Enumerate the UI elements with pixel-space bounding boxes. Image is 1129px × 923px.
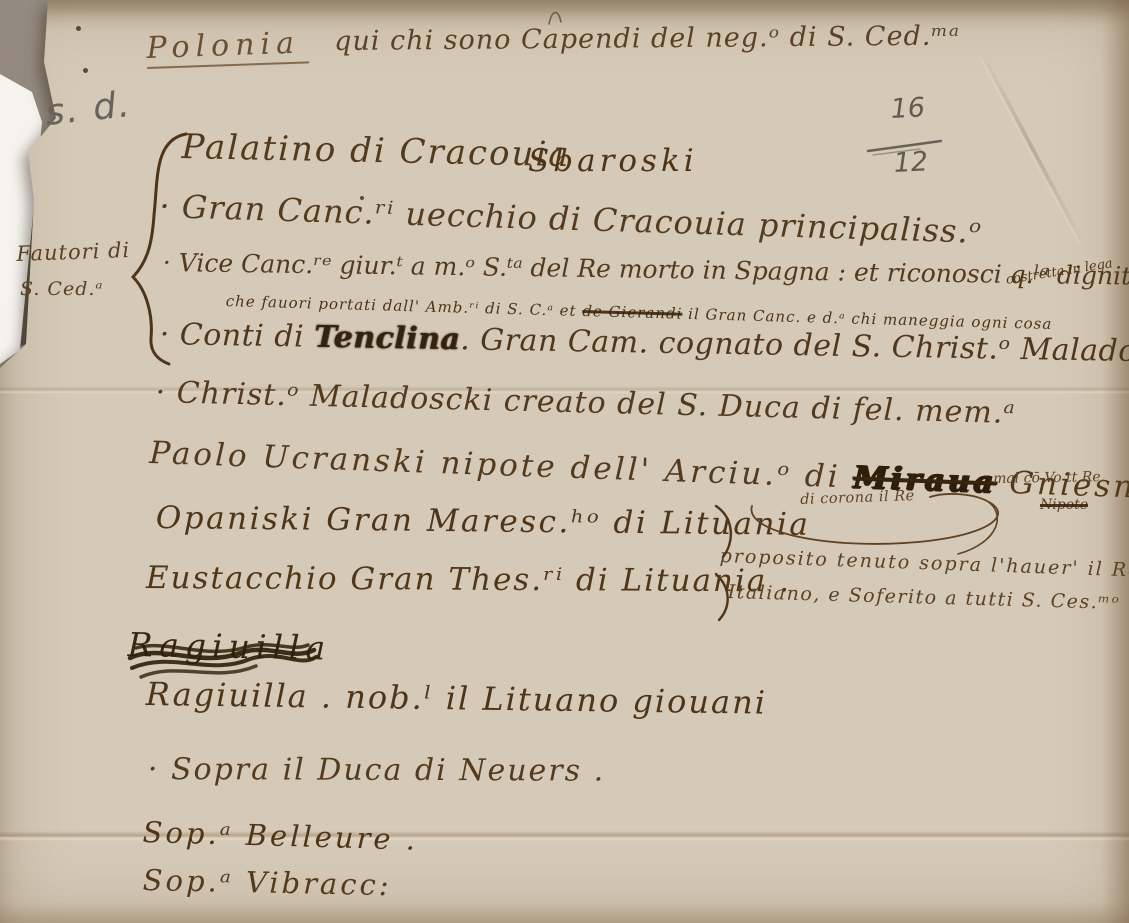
side-note-struck: Nipote (1040, 498, 1088, 512)
margin-note-line1: Fautori di (16, 240, 131, 265)
margin-note-line2: S. Ced.ᵃ (20, 280, 104, 299)
ink-dot (76, 26, 81, 31)
ink-dot (83, 68, 88, 73)
bottom-edge-shading (0, 901, 1129, 923)
entry-palatino: Palatino di Cracouia (181, 130, 571, 172)
entry-text: · Conti di (159, 317, 314, 355)
corner-crease (981, 55, 1083, 242)
pencil-fraction-numerator: 16 (890, 94, 926, 123)
entry-bellievre: Sop.ᵃ Belleure . (142, 818, 418, 855)
header-note: qui chi sono Capendi del neg.ᵒ di S. Ced… (334, 23, 960, 55)
entry-opaniski: Opaniski Gran Maresc.ʰᵒ di Lituania (156, 503, 811, 541)
entry-vibrac: Sop.ᵃ Vibracc: (142, 866, 391, 900)
struck-word: de Gierandi (582, 302, 683, 323)
side-note: mal cō Vo tt Re. (993, 470, 1105, 486)
entry-eustacchio: Eustacchio Gran Thes.ʳⁱ di Lituania . (146, 563, 791, 597)
page-title: Polonia (146, 28, 309, 69)
blotted-word: Tenclina (314, 320, 461, 358)
entry-radziwill: Ragiuilla . nob.ˡ il Lituano giouani (146, 678, 768, 719)
pencil-fraction-denominator: 12 (893, 148, 929, 177)
entry-palatino-surname: Sbaroski (528, 146, 698, 177)
pencil-shelfmark: s. d. (44, 87, 133, 132)
manuscript-photo: Polonia qui chi sono Capendi del neg.ᵒ d… (0, 0, 1129, 923)
right-edge-shading (1101, 0, 1129, 923)
entry-nevers: · Sopra il Duca di Neuers . (148, 755, 605, 787)
entry-radziwill-struck: Ragiuilla (127, 628, 331, 665)
